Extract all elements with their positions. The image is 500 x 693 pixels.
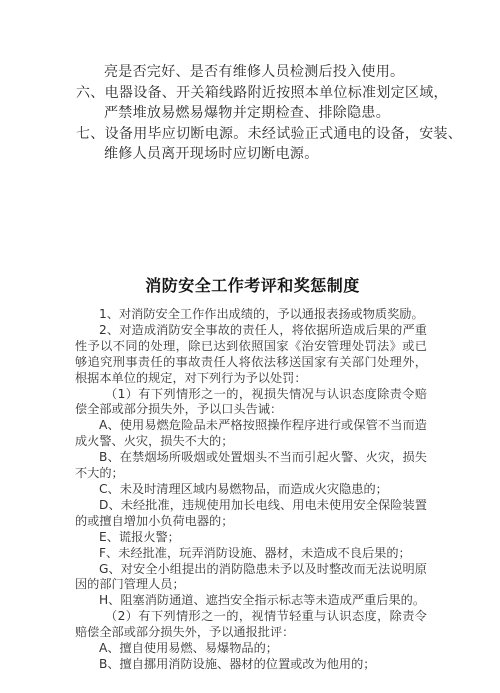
paragraph-2: 2、对造成消防安全事故的责任人，将依据所造成后果的严重性予以不同的处理，除已达到…	[75, 323, 427, 387]
text-line: 严禁堆放易燃易爆物并定期检查、排除隐患。	[76, 103, 436, 124]
document-body: 1、对消防安全工作作出成绩的，予以通报表扬或物质奖励。 2、对造成消防安全事故的…	[75, 307, 427, 673]
paragraph-1: 1、对消防安全工作作出成绩的，予以通报表扬或物质奖励。	[75, 307, 427, 323]
text-line: 维修人员离开现场时应切断电源。	[76, 144, 436, 165]
rule-item-7: 七、设备用毕应切断电源。未经试验正式通电的设备，安装、	[76, 124, 436, 145]
item-d: D、未经批准，违规使用加长电线、用电未使用安全保险装置的或擅自增加小负荷电器的；	[75, 498, 427, 530]
clause-2-item-a: A、擅自使用易燃、易爆物品的；	[75, 641, 427, 657]
item-c: C、未及时清理区域内易燃物品，而造成火灾隐患的；	[75, 482, 427, 498]
item-b: B、在禁烟场所吸烟或处置烟头不当而引起火警、火灾，损失不大的；	[75, 450, 427, 482]
item-a: A、使用易燃危险品未严格按照操作程序进行或保管不当而造成火警、火灾，损失不大的；	[75, 418, 427, 450]
item-h: H、阻塞消防通道、遮挡安全指示标志等未造成严重后果的。	[75, 593, 427, 609]
previous-page-continuation: 亮是否完好、是否有维修人员检测后投入使用。 六、电器设备、开关箱线路附近按照本单…	[76, 62, 436, 165]
clause-2-item-b: B、擅自挪用消防设施、器材的位置或改为他用的；	[75, 657, 427, 673]
clause-2: （2）有下列情形之一的，视情节轻重与认识态度，除责令赔偿全部或部分损失外，予以通…	[75, 609, 427, 641]
item-g: G、对安全小组提出的消防隐患未予以及时整改而无法说明原因的部门管理人员；	[75, 562, 427, 594]
text-line: 亮是否完好、是否有维修人员检测后投入使用。	[76, 62, 436, 83]
item-e: E、谎报火警；	[75, 530, 427, 546]
rule-item-6: 六、电器设备、开关箱线路附近按照本单位标准划定区域，	[76, 83, 436, 104]
item-f: F、未经批准，玩弄消防设施、器材，未造成不良后果的；	[75, 546, 427, 562]
document-title: 消防安全工作考评和奖惩制度	[0, 273, 500, 296]
clause-1: （1）有下列情形之一的，视损失情况与认识态度除责令赔偿全部或部分损失外，予以口头…	[75, 387, 427, 419]
